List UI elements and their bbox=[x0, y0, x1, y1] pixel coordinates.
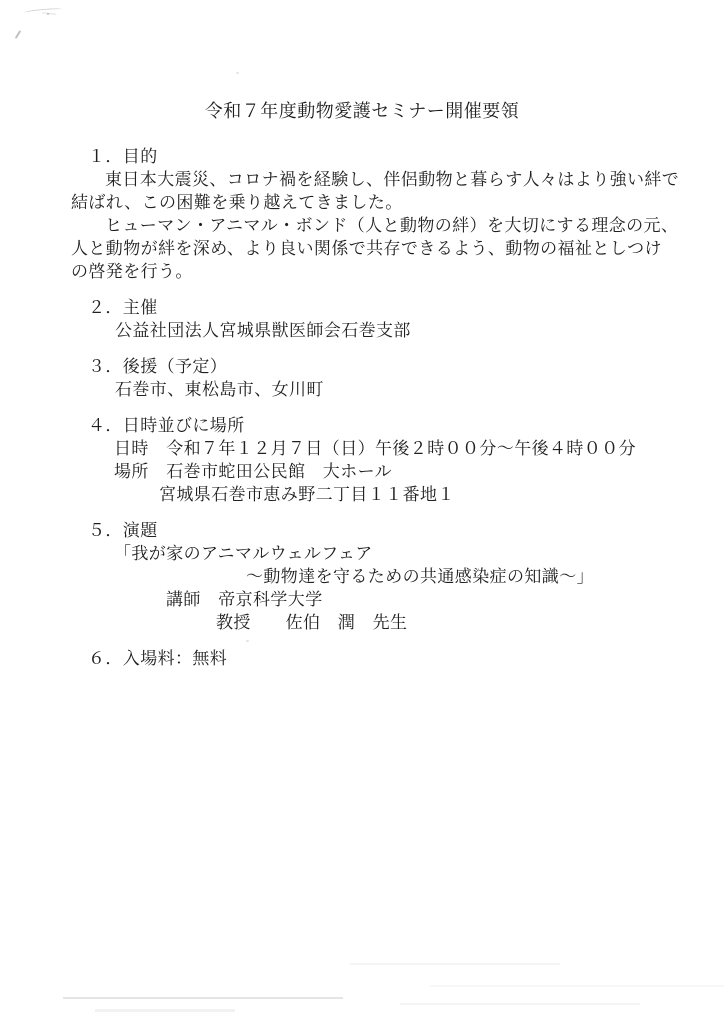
document-body: 令和７年度動物愛護セミナー開催要領 １．目的東日本大震災、コロナ禍を経験し、伴侶… bbox=[0, 99, 724, 670]
document-line: 人と動物が絆を深め、より良い関係で共存できるよう、動物の福祉としつけ bbox=[0, 237, 724, 260]
document-line: 東日本大震災、コロナ禍を経験し、伴侶動物と暮らす人々はより強い絆で bbox=[0, 168, 724, 191]
scan-artifact-pencil-mark bbox=[15, 30, 21, 39]
document-title: 令和７年度動物愛護セミナー開催要領 bbox=[0, 99, 724, 123]
document-line: 宮城県石巻市恵み野二丁目１１番地１ bbox=[0, 483, 724, 506]
document-line: ～動物達を守るための共通感染症の知識～」 bbox=[0, 565, 724, 588]
scan-artifact-speck bbox=[47, 13, 49, 15]
section-supporters: ３．後援（予定）石巻市、東松島市、女川町 bbox=[0, 355, 724, 401]
document-line: の啓発を行う。 bbox=[0, 260, 724, 283]
scan-artifact-speck bbox=[236, 72, 239, 74]
section-organizer: ２．主催公益社団法人宮城県獣医師会石巻支部 bbox=[0, 296, 724, 342]
scan-artifact-streak bbox=[63, 997, 343, 999]
document-line: 石巻市、東松島市、女川町 bbox=[0, 378, 724, 401]
scan-artifact-squiggle bbox=[24, 7, 62, 14]
document-line: ヒューマン・アニマル・ボンド（人と動物の絆）を大切にする理念の元、 bbox=[0, 214, 724, 237]
scan-artifact-streak bbox=[95, 1009, 235, 1012]
scanned-document-page: 令和７年度動物愛護セミナー開催要領 １．目的東日本大震災、コロナ禍を経験し、伴侶… bbox=[0, 0, 724, 1024]
scan-artifact-streak bbox=[350, 963, 560, 965]
document-line: 結ばれ、この困難を乗り越えてきました。 bbox=[0, 191, 724, 214]
document-line: ５．演題 bbox=[0, 519, 724, 542]
document-line: ３．後援（予定） bbox=[0, 355, 724, 378]
scan-artifact-squiggle bbox=[42, 12, 56, 16]
section-datetime-venue: ４．日時並びに場所日時 令和７年１２月７日（日）午後２時００分～午後４時００分場… bbox=[0, 414, 724, 506]
document-line: ２．主催 bbox=[0, 296, 724, 319]
document-line: 日時 令和７年１２月７日（日）午後２時００分～午後４時００分 bbox=[0, 437, 724, 460]
document-line: ４．日時並びに場所 bbox=[0, 414, 724, 437]
document-line: ６．入場料：無料 bbox=[0, 647, 724, 670]
document-line: 場所 石巻市蛇田公民館 大ホール bbox=[0, 460, 724, 483]
document-sections: １．目的東日本大震災、コロナ禍を経験し、伴侶動物と暮らす人々はより強い絆で結ばれ… bbox=[0, 145, 724, 670]
document-line: 教授 佐伯 潤 先生 bbox=[0, 611, 724, 634]
document-line: 講師 帝京科学大学 bbox=[0, 588, 724, 611]
scan-artifact-streak bbox=[400, 1003, 640, 1005]
section-lecture: ５．演題「我が家のアニマルウェルフェア～動物達を守るための共通感染症の知識～」講… bbox=[0, 519, 724, 634]
section-admission: ６．入場料：無料 bbox=[0, 647, 724, 670]
scan-artifact-streak bbox=[430, 985, 724, 987]
document-line: １．目的 bbox=[0, 145, 724, 168]
document-line: 「我が家のアニマルウェルフェア bbox=[0, 542, 724, 565]
document-line: 公益社団法人宮城県獣医師会石巻支部 bbox=[0, 319, 724, 342]
section-purpose: １．目的東日本大震災、コロナ禍を経験し、伴侶動物と暮らす人々はより強い絆で結ばれ… bbox=[0, 145, 724, 283]
